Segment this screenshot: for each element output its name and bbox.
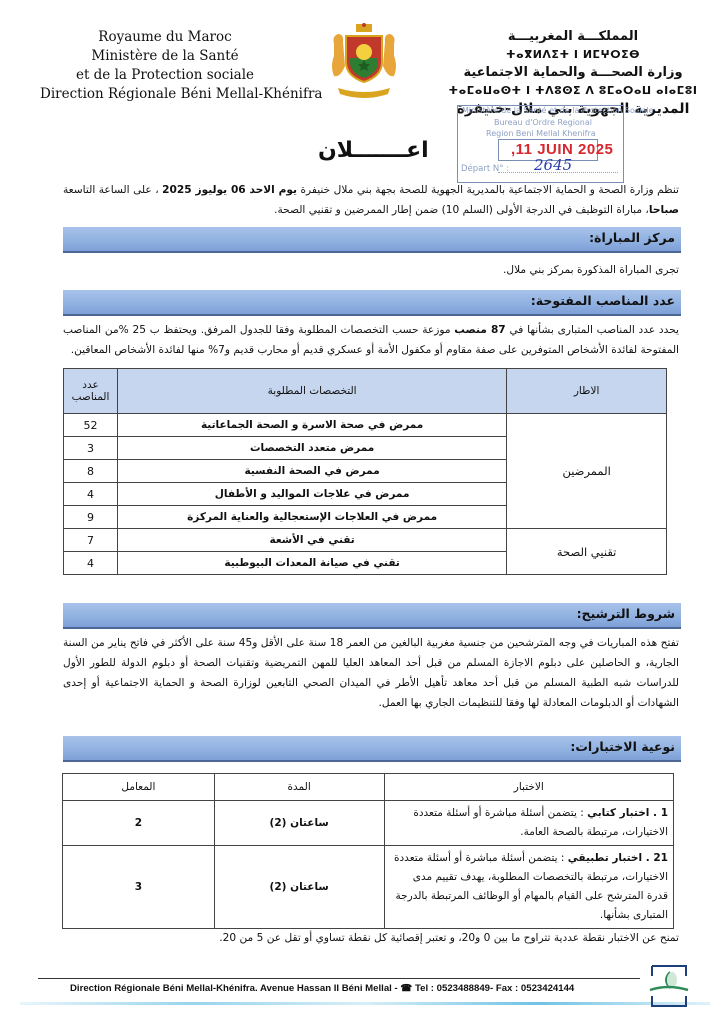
conditions-text: تفتح هذه المباريات في وجه المترشحين من ج… bbox=[63, 633, 679, 713]
col-header-duration: المدة bbox=[214, 774, 384, 801]
positions-table: الاطار التخصصات المطلوبة عدد المناصب الم… bbox=[63, 368, 667, 575]
french-letterhead: Royaume du Maroc Ministère de la Santé e… bbox=[40, 28, 290, 104]
count-cell: 7 bbox=[64, 529, 118, 552]
col-header-count: عدد المناصب bbox=[64, 369, 118, 414]
exam-description: 1 . اختبار كتابي : يتضمن أسئلة مباشرة أو… bbox=[384, 801, 673, 846]
center-text: تجرى المباراة المذكورة بمركز بني ملال. bbox=[63, 260, 679, 280]
footer-decorative-bar bbox=[20, 1002, 710, 1005]
section-header-positions: عدد المناصب المفتوحة: bbox=[63, 290, 681, 316]
exam-coefficient: 3 bbox=[63, 846, 215, 929]
footer-address: Direction Régionale Béni Mellal-Khénifra… bbox=[70, 983, 630, 994]
col-header-cadre: الاطار bbox=[507, 369, 667, 414]
section-title-conditions: شروط الترشيح: bbox=[577, 606, 675, 621]
intro-text-2: ، على الساعة التاسعة bbox=[63, 184, 162, 196]
exam-duration: ساعتان (2) bbox=[214, 846, 384, 929]
cadre-nurses: الممرضين bbox=[507, 414, 667, 529]
registration-stamp: Ministère de la Santé et de la Protectio… bbox=[457, 105, 624, 183]
table-row: الممرضين ممرض في صحة الاسرة و الصحة الجم… bbox=[64, 414, 667, 437]
intro-time: صباحا bbox=[649, 204, 679, 216]
section-title-exams: نوعية الاختبارات: bbox=[570, 739, 675, 754]
page-title: اعـــــــلان bbox=[318, 138, 429, 163]
exam-duration: ساعتان (2) bbox=[214, 801, 384, 846]
specialty-cell: ممرض في الصحة النفسية bbox=[117, 460, 506, 483]
specialty-cell: ممرض في علاجات المواليد و الأطفال bbox=[117, 483, 506, 506]
intro-text-3: ، مباراة التوظيف في الدرجة الأولى (السلم… bbox=[274, 204, 649, 216]
positions-total: 87 منصب bbox=[454, 324, 505, 336]
ar-line-ministry: وزارة الصحـــة والحماية الاجتماعية bbox=[448, 64, 698, 82]
intro-date: يوم الاحد 06 يوليوز 2025 bbox=[162, 184, 297, 196]
exam-description: 21 . اختبار تطبيقي : يتضمن أسئلة مباشرة … bbox=[384, 846, 673, 929]
count-cell: 4 bbox=[64, 552, 118, 575]
positions-text: يحدد عدد المناصب المتبارى بشأنها في 87 م… bbox=[63, 320, 679, 360]
exams-table-header: الاختبار المدة المعامل bbox=[63, 774, 674, 801]
footer-divider bbox=[38, 978, 640, 979]
coat-of-arms-icon bbox=[330, 22, 398, 102]
section-header-center: مركز المباراة: bbox=[63, 227, 681, 253]
col-header-coefficient: المعامل bbox=[63, 774, 215, 801]
tifinagh-line-ministry: ⵜⴰⵎⴰⵡⴰⵙⵜ ⵏ ⵜⴷⵓⵙⵉ ⴷ ⵓⵎⴰⵔⴰⵡ ⴰⵏⴰⵎⵓⵏ bbox=[448, 82, 698, 100]
fr-line-kingdom: Royaume du Maroc bbox=[40, 28, 290, 47]
exam-label-practical: 21 . اختبار تطبيقي bbox=[568, 852, 668, 864]
stamp-ministry: Ministère de la Santé et de la Protectio… bbox=[462, 106, 654, 115]
col-header-exam: الاختبار bbox=[384, 774, 673, 801]
exams-table: الاختبار المدة المعامل 1 . اختبار كتابي … bbox=[62, 773, 674, 929]
count-cell: 4 bbox=[64, 483, 118, 506]
positions-text-1: يحدد عدد المناصب المتبارى بشأنها في bbox=[506, 324, 679, 336]
count-cell: 52 bbox=[64, 414, 118, 437]
specialty-cell: تقني في صيانة المعدات البيوطبية bbox=[117, 552, 506, 575]
section-header-conditions: شروط الترشيح: bbox=[63, 603, 681, 629]
ar-line-kingdom: المملكـــة المغربيـــة bbox=[448, 28, 698, 46]
exams-note: تمنح عن الاختبار نقطة عددية تتراوح ما بي… bbox=[63, 928, 679, 948]
fr-line-protection: et de la Protection sociale bbox=[40, 66, 290, 85]
section-header-exams: نوعية الاختبارات: bbox=[63, 736, 681, 762]
tifinagh-line-kingdom: ⵜⴰⴳⵍⴷⵉⵜ ⵏ ⵍⵎⵖⵔⵉⴱ bbox=[448, 46, 698, 64]
ministry-logo-icon bbox=[648, 962, 690, 1010]
section-title-positions: عدد المناصب المفتوحة: bbox=[531, 293, 675, 308]
count-cell: 9 bbox=[64, 506, 118, 529]
table-row: تقنيي الصحة تقني في الأشعة 7 bbox=[64, 529, 667, 552]
table-row: 1 . اختبار كتابي : يتضمن أسئلة مباشرة أو… bbox=[63, 801, 674, 846]
specialty-cell: ممرض في العلاجات الإستعجالية والعناية ال… bbox=[117, 506, 506, 529]
exam-label-written: 1 . اختبار كتابي bbox=[587, 807, 668, 819]
cadre-health-technicians: تقنيي الصحة bbox=[507, 529, 667, 575]
specialty-cell: ممرض في صحة الاسرة و الصحة الجماعاتية bbox=[117, 414, 506, 437]
intro-text-1: تنظم وزارة الصحة و الحماية الاجتماعية با… bbox=[297, 184, 679, 196]
section-title-center: مركز المباراة: bbox=[589, 230, 675, 245]
stamp-region: Region Beni Mellal Khenifra bbox=[486, 129, 596, 138]
table-row: 21 . اختبار تطبيقي : يتضمن أسئلة مباشرة … bbox=[63, 846, 674, 929]
stamp-dotted-line bbox=[498, 172, 618, 173]
fr-line-ministry: Ministère de la Santé bbox=[40, 47, 290, 66]
count-cell: 8 bbox=[64, 460, 118, 483]
stamp-bureau: Bureau d'Ordre Regional bbox=[494, 118, 592, 127]
exam-coefficient: 2 bbox=[63, 801, 215, 846]
specialty-cell: ممرض متعدد التخصصات bbox=[117, 437, 506, 460]
positions-table-header: الاطار التخصصات المطلوبة عدد المناصب bbox=[64, 369, 667, 414]
intro-paragraph: تنظم وزارة الصحة و الحماية الاجتماعية با… bbox=[63, 180, 679, 220]
col-header-specialty: التخصصات المطلوبة bbox=[117, 369, 506, 414]
count-cell: 3 bbox=[64, 437, 118, 460]
fr-line-direction: Direction Régionale Béni Mellal-Khénifra bbox=[40, 85, 290, 104]
specialty-cell: تقني في الأشعة bbox=[117, 529, 506, 552]
